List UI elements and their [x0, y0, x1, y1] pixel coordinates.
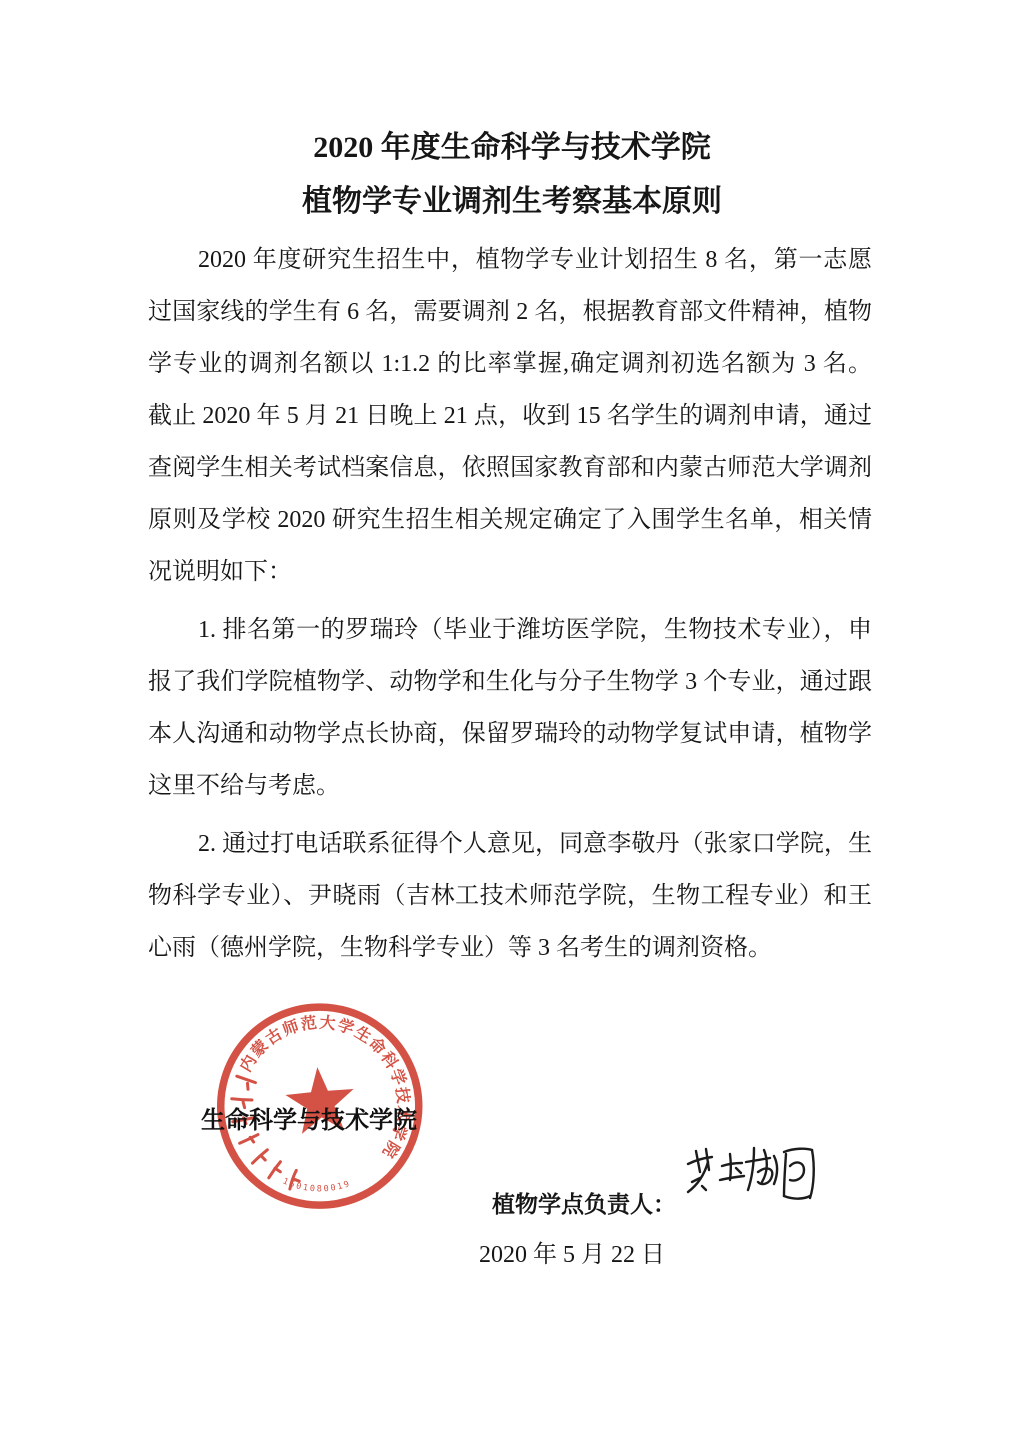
- handwritten-signature-icon: [678, 1142, 823, 1212]
- body-line: 2020 年度研究生招生中，植物学专业计划招生 8 名，第一志愿: [148, 234, 872, 286]
- body-line: 学专业的调剂名额以 1:1.2 的比率掌握,确定调剂初选名额为 3 名。: [148, 338, 872, 390]
- paragraph: 2020 年度研究生招生中，植物学专业计划招生 8 名，第一志愿 过国家线的学生…: [148, 234, 872, 598]
- paragraph: 1. 排名第一的罗瑞玲（毕业于潍坊医学院，生物技术专业），申 报了我们学院植物学…: [148, 604, 872, 812]
- body-line: 本人沟通和动物学点长协商，保留罗瑞玲的动物学复试申请，植物学: [148, 708, 872, 760]
- document-title-line1: 2020 年度生命科学与技术学院: [148, 128, 876, 168]
- body-line: 物科学专业）、尹晓雨（吉林工技术师范学院，生物工程专业）和王: [148, 870, 872, 922]
- body-line: 截止 2020 年 5 月 21 日晚上 21 点，收到 15 名学生的调剂申请…: [148, 390, 872, 442]
- body-line: 原则及学校 2020 研究生招生相关规定确定了入围学生名单，相关情: [148, 494, 872, 546]
- body-line: 这里不给与考虑。: [148, 760, 872, 812]
- document-title-line2: 植物学专业调剂生考察基本原则: [148, 182, 876, 222]
- body-line: 过国家线的学生有 6 名，需要调剂 2 名，根据教育部文件精神，植物: [148, 286, 872, 338]
- body-line: 2. 通过打电话联系征得个人意见，同意李敬丹（张家口学院，生: [148, 818, 872, 870]
- college-name-overlay: 生命科学与技术学院: [201, 1100, 417, 1135]
- paragraph: 2. 通过打电话联系征得个人意见，同意李敬丹（张家口学院，生 物科学专业）、尹晓…: [148, 818, 872, 974]
- body-line: 况说明如下：: [148, 546, 872, 598]
- document-page: 2020 年度生命科学与技术学院 植物学专业调剂生考察基本原则 2020 年度研…: [0, 0, 1024, 1448]
- document-body: 2020 年度研究生招生中，植物学专业计划招生 8 名，第一志愿 过国家线的学生…: [148, 234, 872, 974]
- body-line: 心雨（德州学院，生物科学专业）等 3 名考生的调剂资格。: [148, 922, 872, 974]
- document-date: 2020 年 5 月 22 日: [479, 1234, 665, 1269]
- signer-role-label: 植物学点负责人：: [492, 1186, 676, 1219]
- body-line: 报了我们学院植物学、动物学和生化与分子生物学 3 个专业，通过跟: [148, 656, 872, 708]
- body-line: 1. 排名第一的罗瑞玲（毕业于潍坊医学院，生物技术专业），申: [148, 604, 872, 656]
- body-line: 查阅学生相关考试档案信息，依照国家教育部和内蒙古师范大学调剂: [148, 442, 872, 494]
